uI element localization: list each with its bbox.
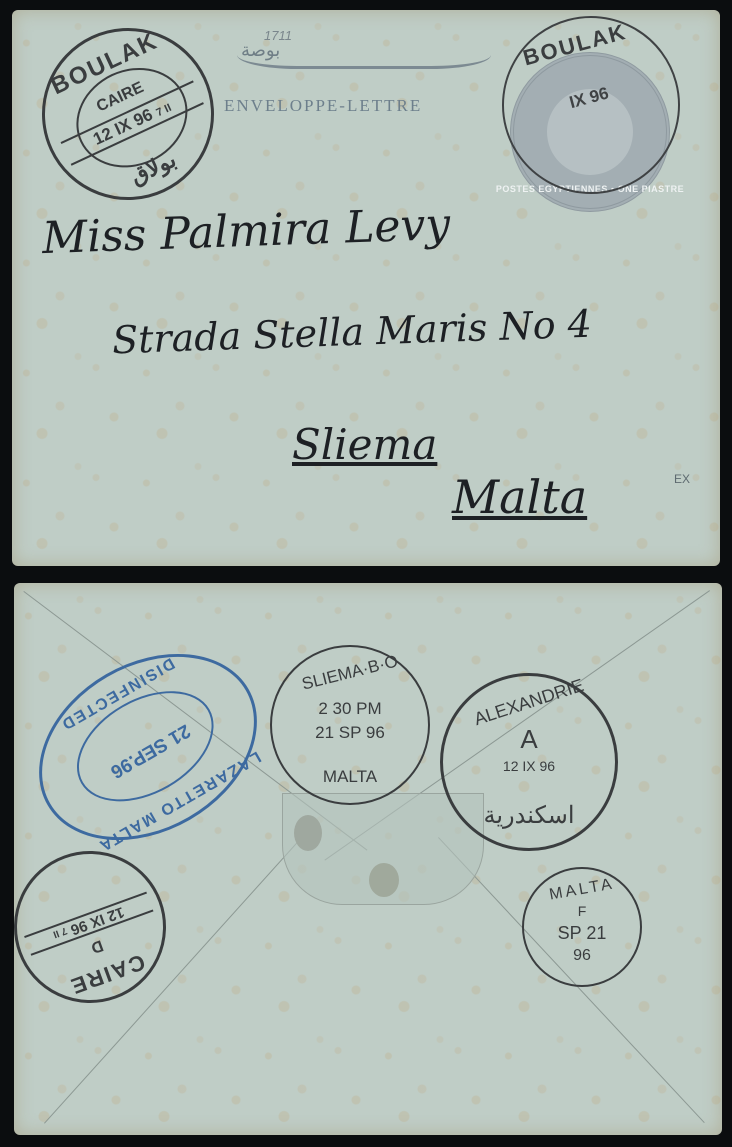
printed-title: ENVELOPPE-LETTRE bbox=[224, 96, 422, 116]
disinfected-lazaretto-cachet: LAZARETTO MALTA 21 SEP.96 DISINFECTED bbox=[14, 616, 290, 877]
address-line-1: Miss Palmira Levy bbox=[41, 199, 451, 264]
address-line-3: Sliema bbox=[292, 420, 437, 469]
address-line-4: Malta bbox=[452, 470, 587, 524]
caire-postmark: CAIRE D 12 IX 96 7 II bbox=[14, 830, 187, 1025]
envelope-front: 1711 بوصة ENVELOPPE-LETTRE BOULAK CAIRE … bbox=[12, 10, 720, 566]
glue-stain bbox=[294, 815, 322, 851]
alexandrie-postmark: ALEXANDRIE A 12 IX 96 اسكندرية bbox=[440, 673, 618, 851]
boulak-postmark: BOULAK CAIRE 12 IX 96 7 II بولاق bbox=[14, 10, 243, 228]
envelope-back: LAZARETTO MALTA 21 SEP.96 DISINFECTED SL… bbox=[14, 583, 722, 1135]
arabic-printed-text: بوصة bbox=[237, 40, 491, 69]
address-line-2: Strada Stella Maris No 4 bbox=[111, 302, 592, 363]
sliema-postmark: SLIEMA·B·O 2 30 PM 21 SP 96 MALTA bbox=[270, 645, 430, 805]
annotation: EX bbox=[674, 472, 690, 486]
malta-postmark: MALTA F SP 21 96 bbox=[522, 867, 642, 987]
glue-stain bbox=[369, 863, 399, 897]
